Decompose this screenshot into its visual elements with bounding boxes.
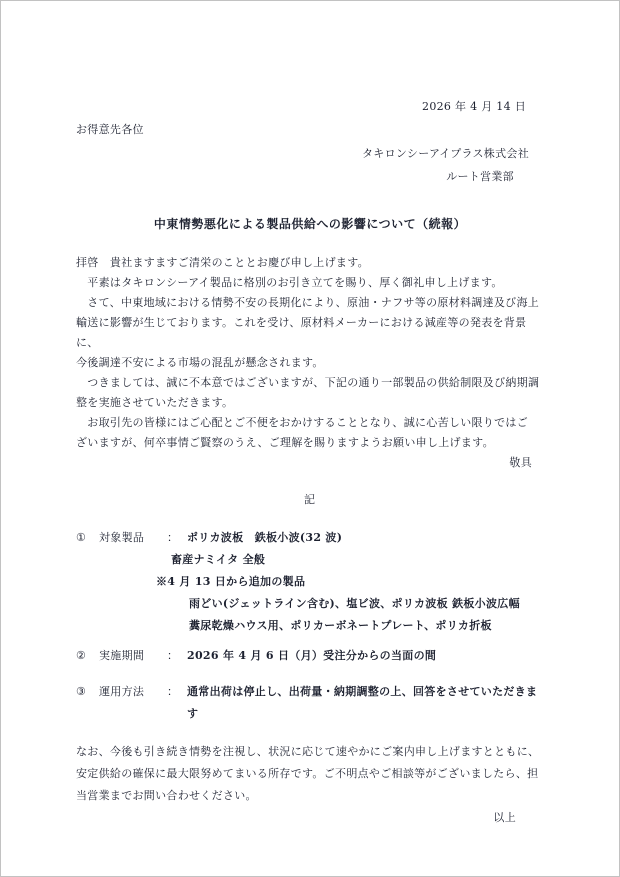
item-implementation-period: ② 実施期間 ： 2026 年 4 月 6 日（月）受注分からの当面の間 [76,645,544,667]
body-line: 輸送に影響が生じております。これを受け、原材料メーカーにおける減産等の発表を背景… [76,313,544,353]
letter-title: 中東情勢悪化による製品供給への影響について（続報） [76,213,544,235]
body-line: お取引先の皆様にはご心配とご不便をおかけすることとなり、誠に心苦しい限りではご [76,413,544,433]
item-target-products: ① 対象製品 ： ポリカ波板 鉄板小波(32 波) 畜産ナミイタ 全般 ※4 月… [76,527,544,637]
sender-department: ルート営業部 [76,167,544,187]
item-list: ① 対象製品 ： ポリカ波板 鉄板小波(32 波) 畜産ナミイタ 全般 ※4 月… [76,527,544,725]
body-line: 今後調達不安による市場の混乱が懸念されます。 [76,353,544,373]
item-label: 対象製品 [99,527,167,549]
sender-company: タキロンシーアイプラス株式会社 [76,144,544,164]
item-value: 通常出荷は停止し、出荷量・納期調整の上、回答をさせていただきます [187,681,544,725]
item-added-products-line: 雨どい(ジェットライン含む)、塩ビ波、ポリカ波板 鉄板小波広幅 [189,593,544,615]
footer-line: なお、今後も引き続き情勢を注視し、状況に応じて速やかにご案内申し上げますとともに… [76,741,544,763]
item-note: ※4 月 13 日から追加の製品 [156,571,544,593]
footer-line: 当営業までお問い合わせください。 [76,785,544,807]
body-line: 拝啓 貴社ますますご清栄のこととお慶び申し上げます。 [76,253,544,273]
item-row: ② 実施期間 ： 2026 年 4 月 6 日（月）受注分からの当面の間 [76,645,544,667]
body-line: さて、中東地域における情勢不安の長期化により、原油・ナフサ等の原材料調達及び海上 [76,293,544,313]
item-value-line: 畜産ナミイタ 全般 [171,549,544,571]
item-value: 2026 年 4 月 6 日（月）受注分からの当面の間 [187,645,544,667]
item-number: ② [76,645,99,667]
letter-footer: なお、今後も引き続き情勢を注視し、状況に応じて速やかにご案内申し上げますとともに… [76,741,544,807]
body-line: 平素はタキロンシーアイ製品に格別のお引き立てを賜り、厚く御礼申し上げます。 [76,273,544,293]
letter-page: 2026 年 4 月 14 日 お得意先各位 タキロンシーアイプラス株式会社 ル… [0,0,620,877]
body-line: ざいますが、何卒事情ご賢察のうえ、ご理解を賜りますようお願い申し上げます。 [76,433,544,453]
item-label: 運用方法 [99,681,167,725]
closing-salutation: 敬具 [76,453,544,473]
item-row: ③ 運用方法 ： 通常出荷は停止し、出荷量・納期調整の上、回答をさせていただきま… [76,681,544,725]
item-value: ポリカ波板 鉄板小波(32 波) [187,527,544,549]
footer-line: 安定供給の確保に最大限努めてまいる所存です。ご不明点やご相談等がございましたら、… [76,763,544,785]
item-separator: ： [167,681,187,725]
letter-date: 2026 年 4 月 14 日 [76,97,544,117]
record-marker: 記 [76,489,544,511]
item-number: ① [76,527,99,549]
letter-body: 拝啓 貴社ますますご清栄のこととお慶び申し上げます。 平素はタキロンシーアイ製品… [76,253,544,453]
item-separator: ： [167,645,187,667]
recipient: お得意先各位 [76,120,544,140]
body-line: 整を実施させていただきます。 [76,393,544,413]
item-number: ③ [76,681,99,725]
item-added-products-line: 糞尿乾燥ハウス用、ポリカーボネートプレート、ポリカ折板 [189,615,544,637]
item-label: 実施期間 [99,645,167,667]
item-separator: ： [167,527,187,549]
end-marker: 以上 [76,807,544,829]
body-line: つきましては、誠に不本意ではございますが、下記の通り一部製品の供給制限及び納期調 [76,373,544,393]
item-operation-method: ③ 運用方法 ： 通常出荷は停止し、出荷量・納期調整の上、回答をさせていただきま… [76,681,544,725]
item-row: ① 対象製品 ： ポリカ波板 鉄板小波(32 波) [76,527,544,549]
